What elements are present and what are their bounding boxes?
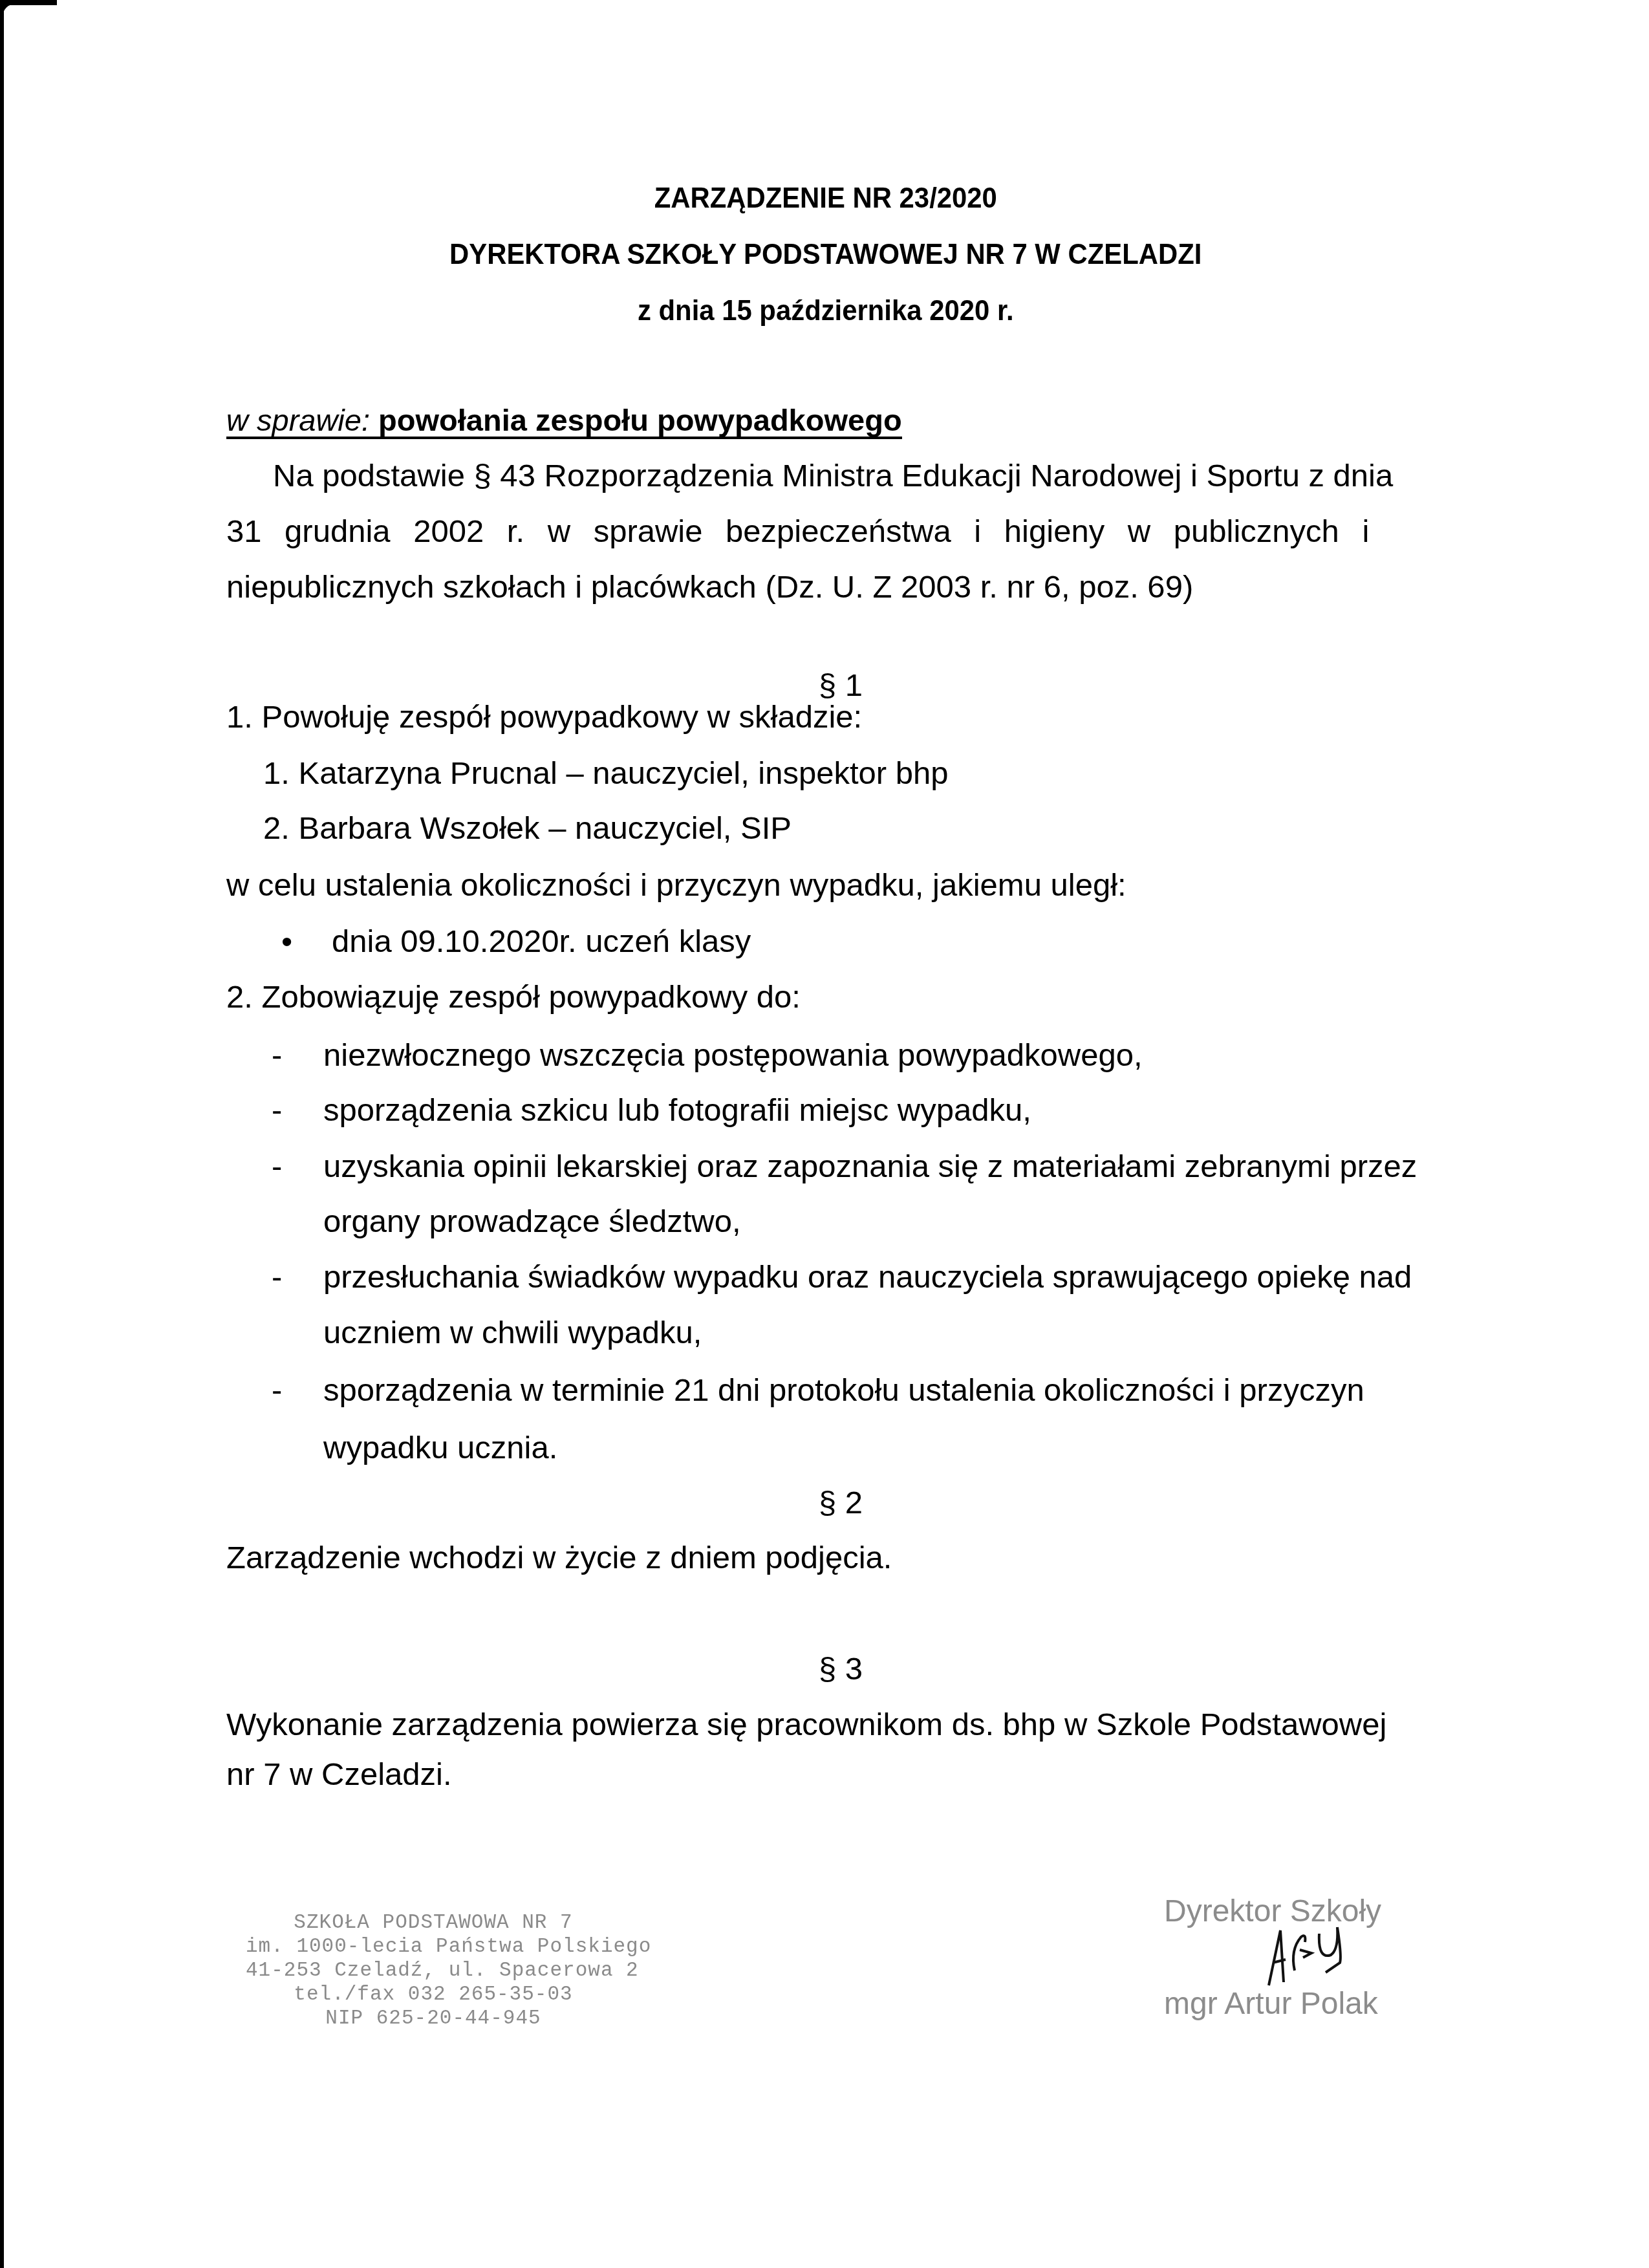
scan-edge: [0, 0, 4, 2268]
scan-edge-top: [0, 0, 57, 5]
stamp-line: tel./fax 032 265-35-03: [246, 1983, 621, 2007]
duty-item: sporządzenia szkicu lub fotografii miejs…: [323, 1095, 1031, 1127]
duty-item: przesłuchania świadków wypadku oraz nauc…: [323, 1262, 1412, 1293]
section-2-text: Zarządzenie wchodzi w życie z dniem podj…: [226, 1542, 892, 1574]
stamp-line: SZKOŁA PODSTAWOWA NR 7: [246, 1911, 621, 1935]
member-number: 2.: [263, 811, 290, 846]
document-page: ZARZĄDZENIE NR 23/2020 DYREKTORA SZKOŁY …: [0, 0, 1649, 2268]
handwritten-signature-icon: [1255, 1924, 1364, 1989]
preamble-line-2: 31 grudnia 2002 r. w sprawie bezpieczeńs…: [226, 516, 1369, 548]
scan-corner: [3, 4, 17, 18]
section-1-heading: § 1: [0, 670, 1649, 702]
stamp-line: 41-253 Czeladź, ul. Spacerowa 2: [246, 1959, 621, 1983]
section-1-point-2: 2. Zobowiązuję zespół powypadkowy do:: [226, 982, 801, 1013]
stamp-line: NIP 625-20-44-945: [246, 2007, 621, 2031]
dash-icon: -: [272, 1151, 282, 1183]
subject-value: powołania zespołu powypadkowego: [378, 403, 902, 437]
school-stamp: SZKOŁA PODSTAWOWA NR 7 im. 1000-lecia Pa…: [246, 1911, 621, 2031]
stamp-line: im. 1000-lecia Państwa Polskiego: [246, 1935, 621, 1959]
document-date: z dnia 15 października 2020 r.: [59, 296, 1593, 325]
section-3-heading: § 3: [0, 1654, 1649, 1685]
subject-label: w sprawie:: [226, 403, 370, 437]
dash-icon: -: [272, 1095, 282, 1127]
duty-item: niezwłocznego wszczęcia postępowania pow…: [323, 1040, 1143, 1072]
document-issuer: DYREKTORA SZKOŁY PODSTAWOWEJ NR 7 W CZEL…: [59, 239, 1593, 268]
member-number: 1.: [263, 756, 290, 791]
duty-item-continuation: wypadku ucznia.: [323, 1432, 557, 1464]
dash-icon: -: [272, 1040, 282, 1072]
member-item: 2. Barbara Wszołek – nauczyciel, SIP: [263, 813, 792, 845]
signatory-name: mgr Artur Polak: [1164, 1989, 1378, 2020]
accident-line: dnia 09.10.2020r. uczeń klasy: [332, 926, 751, 958]
duty-item: uzyskania opinii lekarskiej oraz zapozna…: [323, 1151, 1417, 1183]
subject-line: w sprawie: powołania zespołu powypadkowe…: [226, 405, 902, 439]
preamble-line-3: niepublicznych szkołach i placówkach (Dz…: [226, 572, 1193, 603]
duty-item-continuation: organy prowadzące śledztwo,: [323, 1206, 741, 1238]
member-item: 1. Katarzyna Prucnal – nauczyciel, inspe…: [263, 758, 949, 790]
signature-title: Dyrektor Szkoły: [1164, 1896, 1381, 1927]
preamble-line-1: Na podstawie § 43 Rozporządzenia Ministr…: [273, 460, 1393, 492]
dash-icon: -: [272, 1262, 282, 1293]
duty-item: sporządzenia w terminie 21 dni protokołu…: [323, 1375, 1364, 1407]
dash-icon: -: [272, 1375, 282, 1407]
duty-item-continuation: uczniem w chwili wypadku,: [323, 1317, 702, 1349]
section-2-heading: § 2: [0, 1487, 1649, 1519]
member-text: Katarzyna Prucnal – nauczyciel, inspekto…: [299, 756, 949, 791]
section-3-line-1: Wykonanie zarządzenia powierza się praco…: [226, 1709, 1386, 1741]
bullet-icon: •: [281, 926, 292, 958]
section-3-line-2: nr 7 w Czeladzi.: [226, 1759, 452, 1791]
document-title: ZARZĄDZENIE NR 23/2020: [59, 183, 1593, 212]
purpose-line: w celu ustalenia okoliczności i przyczyn…: [226, 870, 1126, 902]
section-1-point-1: 1. Powołuję zespół powypadkowy w składzi…: [226, 702, 862, 733]
member-text: Barbara Wszołek – nauczyciel, SIP: [299, 811, 792, 846]
